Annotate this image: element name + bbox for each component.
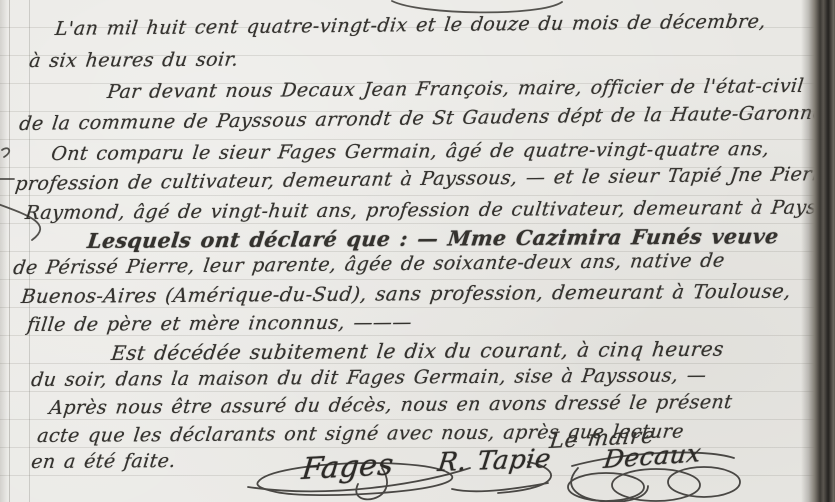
margin-rule-line xyxy=(9,0,10,502)
page-left-edge xyxy=(0,0,8,502)
manuscript-line: de Périssé Pierre, leur parente, âgée de… xyxy=(12,250,726,279)
signature-tapie: R. Tapie xyxy=(436,444,553,478)
manuscript-line: de la commune de Payssous arrondt de St … xyxy=(18,101,835,135)
manuscript-line: Buenos-Aires (Amérique-du-Sud), sans pro… xyxy=(20,280,792,308)
manuscript-line: Lesquels ont déclaré que : — Mme Cazimir… xyxy=(86,224,780,253)
manuscript-line: profession de cultivateur, demeurant à P… xyxy=(14,163,834,195)
manuscript-line: Ont comparu le sieur Fages Germain, âgé … xyxy=(50,138,771,165)
manuscript-line: Raymond, âgé de vingt-huit ans, professi… xyxy=(24,196,835,224)
manuscript-line: Après nous être assuré du décès, nous en… xyxy=(48,391,733,419)
signature-fages: Fages xyxy=(300,447,395,487)
manuscript-line: Par devant nous Decaux Jean François, ma… xyxy=(106,75,805,103)
signature-flourish xyxy=(612,469,700,501)
manuscript-line: L'an mil huit cent quatre-vingt-dix et l… xyxy=(54,11,767,40)
manuscript-line: en a été faite. xyxy=(30,450,177,473)
manuscript-line: du soir, dans la maison du dit Fages Ger… xyxy=(30,364,708,391)
manuscript-line: fille de père et mère inconnus, ——— xyxy=(26,311,413,336)
binding-edge xyxy=(801,0,835,502)
margin-rule-line xyxy=(29,0,30,502)
signature-flourish xyxy=(668,467,740,497)
signature-maire: Decaux xyxy=(602,438,703,474)
previous-entry-flourish xyxy=(392,1,562,12)
signature-flourish xyxy=(452,483,548,491)
register-page: L'an mil huit cent quatre-vingt-dix et l… xyxy=(0,0,835,502)
signature-flourish xyxy=(568,473,644,501)
manuscript-line: à six heures du soir. xyxy=(28,49,240,72)
manuscript-line: Est décédée subitement le dix du courant… xyxy=(110,337,725,365)
